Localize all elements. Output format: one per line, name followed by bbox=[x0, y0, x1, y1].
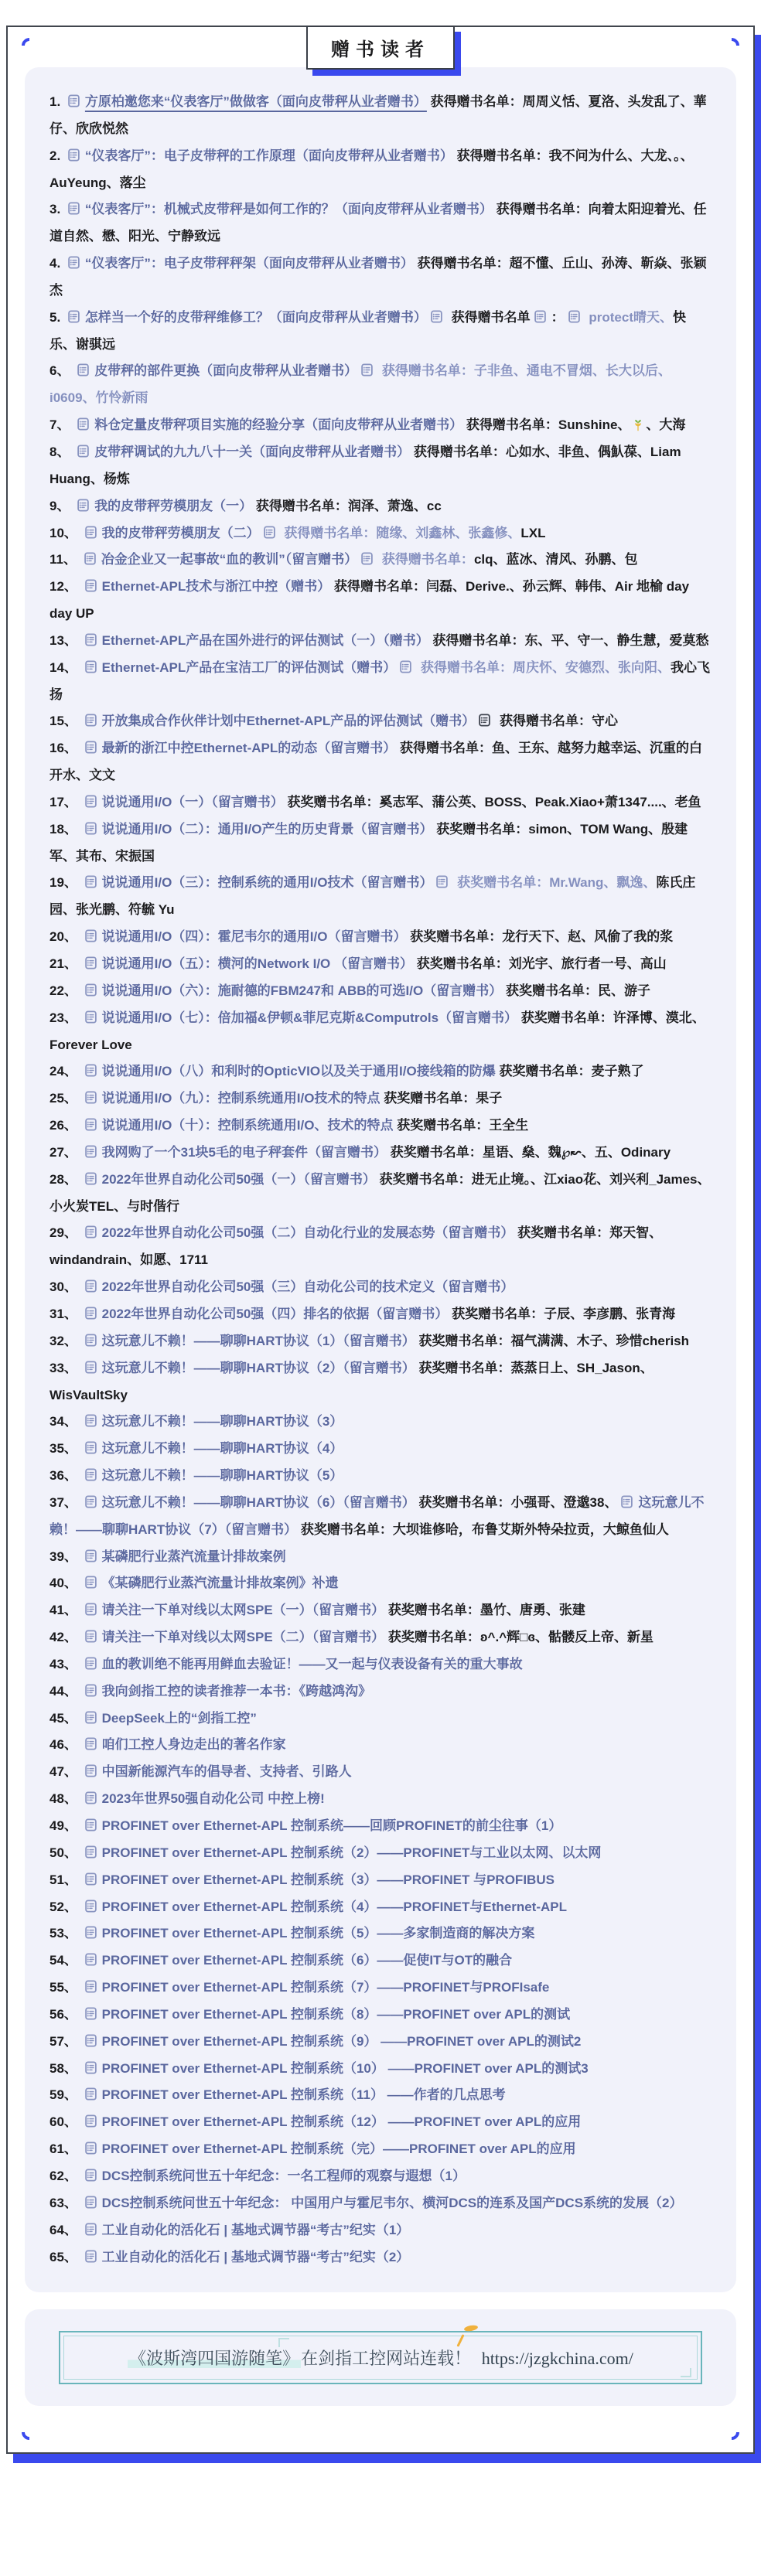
item-number: 19、 bbox=[49, 875, 81, 890]
winners-text: 获奖赠书名单：ʚ^.^辉□ɞ、骷髅反上帝、新星 bbox=[384, 1630, 654, 1644]
item-number: 24、 bbox=[49, 1064, 81, 1078]
winners-text: 获奖赠书名单：小强哥、澄邈38、 bbox=[415, 1495, 618, 1510]
article-link[interactable]: “仪表客厅”：机械式皮带秤是如何工作的？（面向皮带秤从业者赠书） bbox=[85, 202, 493, 216]
winners-text: LXL bbox=[520, 526, 545, 540]
bracket-corner-icon bbox=[681, 2368, 691, 2377]
item-number: 44、 bbox=[49, 1684, 81, 1699]
winners-text: 获得赠书名单：周庆怀、安德烈、张向阳、 bbox=[417, 660, 671, 675]
list-item: 40、 《某磷肥行业蒸汽流量计排故案例》补遗 bbox=[49, 1570, 712, 1597]
article-link[interactable]: 说说通用I/O（二）：通用I/O产生的历史背景（留言赠书） bbox=[102, 822, 433, 837]
document-icon bbox=[77, 445, 89, 458]
list-item: 1. 方原柏邀您来“仪表客厅”做做客（面向皮带秤从业者赠书） 获得赠书名单：周周… bbox=[49, 89, 712, 143]
article-link[interactable]: 最新的浙江中控Ethernet-APL的动态（留言赠书） bbox=[102, 741, 397, 755]
winners-text: 获得赠书名单：随缘、刘鑫林、张鑫修、 bbox=[281, 526, 521, 540]
article-link[interactable]: PROFINET over Ethernet-APL 控制系统（12） ——PR… bbox=[102, 2114, 582, 2129]
winners-text: 获奖赠书名单：墨竹、唐勇、张建 bbox=[384, 1603, 585, 1617]
list-item: 53、 PROFINET over Ethernet-APL 控制系统（5）——… bbox=[49, 1920, 712, 1947]
document-icon bbox=[68, 94, 80, 107]
item-number: 30、 bbox=[49, 1279, 81, 1294]
article-link[interactable]: PROFINET over Ethernet-APL 控制系统（完）——PROF… bbox=[102, 2142, 576, 2156]
article-link[interactable]: 2022年世界自动化公司50强（三）自动化公司的技术定义（留言赠书） bbox=[102, 1279, 514, 1294]
document-icon bbox=[436, 875, 448, 888]
list-item: 12、 Ethernet-APL技术与浙江中控（赠书） 获得赠书名单：闫磊、De… bbox=[49, 574, 712, 628]
winners-text: 获奖赠书名单：大坝谁修哈，布鲁艾斯外特朵拉贡，大鲸鱼仙人 bbox=[297, 1522, 669, 1537]
list-item: 51、 PROFINET over Ethernet-APL 控制系统（3）——… bbox=[49, 1867, 712, 1894]
document-icon bbox=[85, 1307, 97, 1320]
document-icon bbox=[85, 1900, 97, 1913]
article-link[interactable]: PROFINET over Ethernet-APL 控制系统（11） ——作者… bbox=[102, 2087, 506, 2102]
item-number: 48、 bbox=[49, 1791, 81, 1806]
wechat-article-page: 赠书读者 1. 方原柏邀您来“仪表客厅”做做客（面向皮带秤从业者赠书） 获得赠书… bbox=[0, 26, 761, 2479]
list-item: 11、 冶金企业又一起事故“血的教训”（留言赠书） 获得赠书名单：clq、蓝冰、… bbox=[49, 547, 712, 574]
list-item: 36、 这玩意儿不赖！——聊聊HART协议（5） bbox=[49, 1463, 712, 1490]
document-icon bbox=[534, 310, 546, 323]
article-link[interactable]: PROFINET over Ethernet-APL 控制系统（7）——PROF… bbox=[102, 1980, 550, 1995]
article-link[interactable]: 《某磷肥行业蒸汽流量计排故案例》补遗 bbox=[102, 1576, 339, 1590]
item-number: 64、 bbox=[49, 2223, 81, 2237]
document-icon bbox=[85, 795, 97, 808]
winners-text: 、大海 bbox=[646, 417, 685, 432]
list-item: 5. 怎样当一个好的皮带秤维修工？（面向皮带秤从业者赠书） 获得赠书名单： pr… bbox=[49, 305, 712, 359]
item-number: 43、 bbox=[49, 1657, 81, 1671]
item-number: 58、 bbox=[49, 2061, 81, 2076]
article-link[interactable]: 工业自动化的活化石 | 基地式调节器“考古”纪实（1） bbox=[102, 2223, 410, 2237]
document-icon bbox=[85, 1576, 97, 1589]
list-item: 43、 血的教训绝不能再用鲜血去验证！——又一起与仪表设备有关的重大事故 bbox=[49, 1651, 712, 1678]
article-link[interactable]: 2023年世界50强自动化公司 中控上榜! bbox=[102, 1791, 325, 1806]
winners-text: 获奖赠书名单：龙行天下、赵、风偷了我的浆 bbox=[406, 929, 673, 944]
list-item: 33、 这玩意儿不赖！——聊聊HART协议（2）（留言赠书） 获奖赠书名单：蒸蒸… bbox=[49, 1355, 712, 1409]
list-item: 52、 PROFINET over Ethernet-APL 控制系统（4）——… bbox=[49, 1894, 712, 1921]
document-icon bbox=[68, 256, 80, 269]
item-number: 31、 bbox=[49, 1307, 81, 1321]
yellow-accent-icon bbox=[463, 2325, 478, 2332]
document-icon bbox=[85, 1334, 97, 1347]
list-item: 24、 说说通用I/O（八）和利时的OpticVIO以及关于通用I/O接线箱的防… bbox=[49, 1058, 712, 1085]
article-link[interactable]: “仪表客厅”：电子皮带秤的工作原理（面向皮带秤从业者赠书） bbox=[85, 148, 453, 163]
article-link[interactable]: 说说通用I/O（一）（留言赠书） bbox=[102, 795, 284, 809]
list-item: 18、 说说通用I/O（二）：通用I/O产生的历史背景（留言赠书） 获奖赠书名单… bbox=[49, 816, 712, 871]
list-item: 48、 2023年世界50强自动化公司 中控上榜! bbox=[49, 1786, 712, 1813]
document-icon bbox=[85, 2114, 97, 2128]
item-number: 39、 bbox=[49, 1549, 81, 1564]
document-icon bbox=[431, 310, 442, 323]
document-icon bbox=[85, 1791, 97, 1804]
article-link[interactable]: 皮带秤的部件更换（面向皮带秤从业者赠书） bbox=[94, 363, 357, 378]
item-number: 1. bbox=[49, 94, 64, 109]
document-icon bbox=[85, 1172, 97, 1185]
page-title-text: 赠书读者 bbox=[331, 39, 430, 60]
article-link[interactable]: 这玩意儿不赖！——聊聊HART协议（2）（留言赠书） bbox=[102, 1361, 415, 1375]
list-item: 28、 2022年世界自动化公司50强（一）（留言赠书） 获奖赠书名单：进无止境… bbox=[49, 1167, 712, 1221]
document-icon bbox=[68, 148, 80, 162]
list-item: 32、 这玩意儿不赖！——聊聊HART协议（1）（留言赠书） 获奖赠书名单：福气… bbox=[49, 1328, 712, 1355]
list-item: 42、 请关注一下单对线以太网SPE（二）（留言赠书） 获奖赠书名单：ʚ^.^辉… bbox=[49, 1624, 712, 1651]
item-number: 42、 bbox=[49, 1630, 81, 1644]
winners-text: 获奖赠书名单：子辰、李彦鹏、张青海 bbox=[448, 1307, 675, 1321]
article-link[interactable]: 皮带秤调试的九九八十一关（面向皮带秤从业者赠书） bbox=[94, 445, 410, 459]
article-link[interactable]: 咱们工控人身边走出的著名作家 bbox=[102, 1737, 286, 1752]
article-link[interactable]: 这玩意儿不赖！——聊聊HART协议（5） bbox=[102, 1468, 343, 1483]
document-icon bbox=[85, 929, 97, 942]
article-link[interactable]: 怎样当一个好的皮带秤维修工？（面向皮带秤从业者赠书） bbox=[85, 310, 427, 325]
list-item: 63、 DCS控制系统问世五十年纪念： 中国用户与霍尼韦尔、横河DCS的连系及国… bbox=[49, 2190, 712, 2217]
item-number: 28、 bbox=[49, 1172, 81, 1187]
item-number: 36、 bbox=[49, 1468, 81, 1483]
list-item: 4. “仪表客厅”：电子皮带秤秤架（面向皮带秤从业者赠书） 获得赠书名单：超不懂… bbox=[49, 250, 712, 305]
winners-text: 获奖赠书名单：刘光宇、旅行者一号、高山 bbox=[413, 956, 667, 971]
document-icon bbox=[68, 202, 80, 215]
item-number: 49、 bbox=[49, 1818, 81, 1833]
item-number: 9、 bbox=[49, 499, 73, 513]
item-number: 20、 bbox=[49, 929, 81, 944]
list-item: 58、 PROFINET over Ethernet-APL 控制系统（10） … bbox=[49, 2056, 712, 2083]
article-link[interactable]: 这玩意儿不赖！——聊聊HART协议（1）（留言赠书） bbox=[102, 1334, 415, 1348]
document-icon bbox=[85, 1441, 97, 1454]
list-item: 45、 DeepSeek上的“剑指工控” bbox=[49, 1705, 712, 1733]
document-icon bbox=[85, 2250, 97, 2263]
article-link[interactable]: 我向剑指工控的读者推荐一本书：《跨越鸿沟》 bbox=[102, 1684, 372, 1699]
article-link[interactable]: 这玩意儿不赖！——聊聊HART协议（3） bbox=[102, 1414, 343, 1429]
article-link[interactable]: 某磷肥行业蒸汽流量计排故案例 bbox=[102, 1549, 286, 1564]
article-link[interactable]: 开放集成合作伙伴计划中Ethernet-APL产品的评估测试（赠书） bbox=[102, 714, 476, 728]
document-icon bbox=[85, 714, 97, 727]
document-icon bbox=[85, 1872, 97, 1886]
article-link[interactable]: PROFINET over Ethernet-APL 控制系统（5）——多家制造… bbox=[102, 1926, 535, 1941]
document-icon bbox=[361, 552, 373, 565]
item-number: 17、 bbox=[49, 795, 81, 809]
list-item: 64、 工业自动化的活化石 | 基地式调节器“考古”纪实（1） bbox=[49, 2217, 712, 2244]
serial-text: 在剑指工控网站连载！ bbox=[301, 2349, 471, 2368]
list-item: 22、 说说通用I/O（六）：施耐德的FBM247和 ABB的可选I/O（留言赠… bbox=[49, 978, 712, 1005]
article-link[interactable]: 2022年世界自动化公司50强（一）（留言赠书） bbox=[102, 1172, 376, 1187]
winners-text: 获得赠书名单：Sunshine、 bbox=[462, 417, 630, 432]
list-item: 14、 Ethernet-APL产品在宝洁工厂的评估测试（赠书） 获得赠书名单：… bbox=[49, 655, 712, 709]
article-list-card: 1. 方原柏邀您来“仪表客厅”做做客（面向皮带秤从业者赠书） 获得赠书名单：周周… bbox=[25, 67, 736, 2292]
corner-flourish-icon bbox=[721, 35, 742, 56]
list-item: 37、 这玩意儿不赖！——聊聊HART协议（6）（留言赠书） 获奖赠书名单：小强… bbox=[49, 1490, 712, 1544]
item-number: 4. bbox=[49, 256, 64, 271]
document-icon bbox=[85, 1737, 97, 1750]
item-number: 16、 bbox=[49, 741, 81, 755]
item-number: 11、 bbox=[49, 552, 80, 567]
item-number: 32、 bbox=[49, 1334, 81, 1348]
article-link[interactable]: DCS控制系统问世五十年纪念：一名工程师的观察与遐想（1） bbox=[102, 2169, 466, 2183]
document-icon bbox=[621, 1495, 633, 1508]
document-icon bbox=[85, 579, 97, 592]
item-number: 60、 bbox=[49, 2114, 81, 2129]
item-number: 5. bbox=[49, 310, 64, 325]
document-icon bbox=[77, 363, 89, 377]
winners-text: 获奖赠书名单：麦子熟了 bbox=[496, 1064, 644, 1078]
item-number: 62、 bbox=[49, 2169, 81, 2183]
item-number: 12、 bbox=[49, 579, 81, 594]
list-item: 56、 PROFINET over Ethernet-APL 控制系统（8）——… bbox=[49, 2002, 712, 2029]
item-number: 54、 bbox=[49, 1953, 81, 1968]
yellow-accent-icon bbox=[456, 2335, 464, 2348]
item-number: 33、 bbox=[49, 1361, 81, 1375]
document-icon bbox=[85, 822, 97, 835]
serial-banner: 《波斯湾四国游随笔》在剑指工控网站连载！ https://jzgkchina.c… bbox=[59, 2331, 702, 2384]
document-icon bbox=[85, 956, 97, 969]
list-item: 29、 2022年世界自动化公司50强（二）自动化行业的发展态势（留言赠书） 获… bbox=[49, 1220, 712, 1274]
document-icon bbox=[85, 526, 97, 539]
item-number: 45、 bbox=[49, 1711, 81, 1726]
winners-text: 获得赠书名单：守心 bbox=[496, 714, 618, 728]
footer-card: 《波斯湾四国游随笔》在剑指工控网站连载！ https://jzgkchina.c… bbox=[25, 2309, 736, 2406]
item-number: 50、 bbox=[49, 1845, 81, 1860]
article-link[interactable]: “仪表客厅”：电子皮带秤秤架（面向皮带秤从业者赠书） bbox=[85, 256, 414, 271]
list-item: 49、 PROFINET over Ethernet-APL 控制系统——回顾P… bbox=[49, 1813, 712, 1840]
document-icon bbox=[85, 1684, 97, 1697]
document-icon bbox=[85, 1845, 97, 1859]
list-item: 35、 这玩意儿不赖！——聊聊HART协议（4） bbox=[49, 1436, 712, 1463]
document-icon bbox=[85, 741, 97, 754]
article-link[interactable]: Ethernet-APL技术与浙江中控（赠书） bbox=[102, 579, 331, 594]
item-number: 22、 bbox=[49, 983, 81, 998]
document-icon bbox=[77, 417, 89, 431]
list-item: 9、 我的皮带秤劳模朋友（一） 获得赠书名单：润泽、萧逸、cc bbox=[49, 493, 712, 520]
winners-text: ： bbox=[551, 310, 565, 325]
page-title: 赠书读者 bbox=[306, 26, 455, 70]
article-link[interactable]: 这玩意儿不赖！——聊聊HART协议（6）（留言赠书） bbox=[102, 1495, 415, 1510]
document-icon bbox=[85, 1630, 97, 1643]
document-icon bbox=[85, 2169, 97, 2182]
article-link[interactable]: 2022年世界自动化公司50强（四）排名的依据（留言赠书） bbox=[102, 1307, 449, 1321]
item-number: 51、 bbox=[49, 1872, 81, 1887]
document-icon bbox=[85, 875, 97, 888]
item-number: 25、 bbox=[49, 1091, 81, 1106]
document-icon bbox=[85, 1010, 97, 1024]
document-icon bbox=[361, 363, 373, 377]
document-icon bbox=[85, 1818, 97, 1831]
winners-text: clq、蓝冰、清风、孙鹏、包 bbox=[474, 552, 638, 567]
document-icon bbox=[84, 552, 96, 565]
list-item: 41、 请关注一下单对线以太网SPE（一）（留言赠书） 获奖赠书名单：墨竹、唐勇… bbox=[49, 1597, 712, 1624]
article-link[interactable]: 血的教训绝不能再用鲜血去验证！——又一起与仪表设备有关的重大事故 bbox=[102, 1657, 523, 1671]
item-number: 6、 bbox=[49, 363, 73, 378]
item-number: 3. bbox=[49, 202, 64, 216]
list-item: 65、 工业自动化的活化石 | 基地式调节器“考古”纪实（2） bbox=[49, 2244, 712, 2271]
article-link[interactable]: PROFINET over Ethernet-APL 控制系统——回顾PROFI… bbox=[102, 1818, 562, 1833]
list-item: 21、 说说通用I/O（五）：横河的Network I/O （留言赠书） 获奖赠… bbox=[49, 951, 712, 978]
item-number: 23、 bbox=[49, 1010, 81, 1025]
article-link[interactable]: 2022年世界自动化公司50强（二）自动化行业的发展态势（留言赠书） bbox=[102, 1225, 514, 1240]
item-number: 18、 bbox=[49, 822, 81, 837]
article-link[interactable]: PROFINET over Ethernet-APL 控制系统（8）——PROF… bbox=[102, 2007, 570, 2022]
winners-text: 获得赠书名单： bbox=[378, 552, 474, 567]
document-icon bbox=[85, 2142, 97, 2155]
article-link[interactable]: Ethernet-APL产品在宝洁工厂的评估测试（赠书） bbox=[102, 660, 397, 675]
document-icon bbox=[85, 2007, 97, 2020]
document-icon bbox=[85, 1279, 97, 1293]
list-item: 2. “仪表客厅”：电子皮带秤的工作原理（面向皮带秤从业者赠书） 获得赠书名单：… bbox=[49, 143, 712, 197]
list-item: 23、 说说通用I/O（七）：倍加福&伊顿&菲尼克斯&Computrols（留言… bbox=[49, 1005, 712, 1059]
document-icon bbox=[479, 714, 490, 727]
list-item: 44、 我向剑指工控的读者推荐一本书：《跨越鸿沟》 bbox=[49, 1678, 712, 1705]
document-icon bbox=[85, 633, 97, 646]
document-icon bbox=[85, 1064, 97, 1077]
winners-text: 获得赠书名单 bbox=[448, 310, 531, 325]
document-icon bbox=[85, 660, 97, 673]
item-number: 47、 bbox=[49, 1764, 81, 1779]
item-number: 35、 bbox=[49, 1441, 81, 1456]
document-icon bbox=[85, 1225, 97, 1239]
article-link[interactable]: 说说通用I/O（四）：霍尼韦尔的通用I/O（留言赠书） bbox=[102, 929, 407, 944]
list-item: 19、 说说通用I/O（三）：控制系统的通用I/O技术（留言赠书） 获奖赠书名单… bbox=[49, 870, 712, 924]
article-link[interactable]: 方原柏邀您来“仪表客厅”做做客（面向皮带秤从业者赠书） bbox=[85, 94, 427, 109]
item-number: 14、 bbox=[49, 660, 81, 675]
article-link[interactable]: 工业自动化的活化石 | 基地式调节器“考古”纪实（2） bbox=[102, 2250, 410, 2264]
item-number: 40、 bbox=[49, 1576, 81, 1590]
item-number: 52、 bbox=[49, 1900, 81, 1914]
article-list: 1. 方原柏邀您来“仪表客厅”做做客（面向皮带秤从业者赠书） 获得赠书名单：周周… bbox=[49, 89, 712, 2271]
item-number: 37、 bbox=[49, 1495, 81, 1510]
item-number: 26、 bbox=[49, 1118, 81, 1133]
document-icon bbox=[568, 310, 580, 323]
winners-text: 获奖赠书名单：果子 bbox=[380, 1091, 502, 1106]
list-item: 61、 PROFINET over Ethernet-APL 控制系统（完）——… bbox=[49, 2136, 712, 2163]
article-link[interactable]: 我的皮带秤劳模朋友（一） bbox=[94, 499, 252, 513]
item-number: 29、 bbox=[49, 1225, 81, 1240]
list-item: 59、 PROFINET over Ethernet-APL 控制系统（11） … bbox=[49, 2082, 712, 2109]
item-number: 8、 bbox=[49, 445, 73, 459]
document-icon bbox=[85, 1980, 97, 1993]
article-link[interactable]: PROFINET over Ethernet-APL 控制系统（9） ——PRO… bbox=[102, 2034, 582, 2049]
document-icon bbox=[85, 2223, 97, 2236]
item-number: 59、 bbox=[49, 2087, 81, 2102]
winners-text: 获奖赠书名单：星语、燊、魏℘↜、五、Odinary bbox=[387, 1145, 671, 1160]
list-item: 60、 PROFINET over Ethernet-APL 控制系统（12） … bbox=[49, 2109, 712, 2136]
list-item: 8、 皮带秤调试的九九八十一关（面向皮带秤从业者赠书） 获得赠书名单：心如水、非… bbox=[49, 439, 712, 493]
article-link[interactable]: 这玩意儿不赖！——聊聊HART协议（4） bbox=[102, 1441, 343, 1456]
document-icon bbox=[400, 660, 411, 673]
document-icon bbox=[85, 1657, 97, 1670]
list-item: 25、 说说通用I/O（九）：控制系统通用I/O技术的特点 获奖赠书名单：果子 bbox=[49, 1085, 712, 1113]
article-link[interactable]: PROFINET over Ethernet-APL 控制系统（2）——PROF… bbox=[102, 1845, 602, 1860]
list-item: 20、 说说通用I/O（四）：霍尼韦尔的通用I/O（留言赠书） 获奖赠书名单：龙… bbox=[49, 924, 712, 951]
list-item: 55、 PROFINET over Ethernet-APL 控制系统（7）——… bbox=[49, 1975, 712, 2002]
item-number: 61、 bbox=[49, 2142, 81, 2156]
article-link[interactable]: 请关注一下单对线以太网SPE（一）（留言赠书） bbox=[102, 1603, 385, 1617]
item-number: 56、 bbox=[49, 2007, 81, 2022]
document-icon bbox=[85, 2196, 97, 2209]
item-number: 65、 bbox=[49, 2250, 81, 2264]
item-number: 34、 bbox=[49, 1414, 81, 1429]
article-link[interactable]: Ethernet-APL产品在国外进行的评估测试（一）（赠书） bbox=[102, 633, 429, 648]
article-link[interactable]: 说说通用I/O（八）和利时的OpticVIO以及关于通用I/O接线箱的防爆 bbox=[102, 1064, 496, 1078]
list-item: 17、 说说通用I/O（一）（留言赠书） 获奖赠书名单：奚志军、蒲公英、BOSS… bbox=[49, 789, 712, 816]
winners-text: 获奖赠书名单：民、游子 bbox=[502, 983, 650, 998]
list-item: 31、 2022年世界自动化公司50强（四）排名的依据（留言赠书） 获奖赠书名单… bbox=[49, 1301, 712, 1328]
article-link[interactable]: PROFINET over Ethernet-APL 控制系统（4）——PROF… bbox=[102, 1900, 567, 1914]
article-link[interactable]: PROFINET over Ethernet-APL 控制系统（6）——促使IT… bbox=[102, 1953, 513, 1968]
item-number: 63、 bbox=[49, 2196, 81, 2210]
winners-text: 获奖赠书名单：福气满满、木子、珍惜cherish bbox=[415, 1334, 689, 1348]
item-number: 2. bbox=[49, 148, 64, 163]
list-item: 27、 我网购了一个31块5毛的电子秤套件（留言赠书） 获奖赠书名单：星语、燊、… bbox=[49, 1140, 712, 1167]
list-item: 62、 DCS控制系统问世五十年纪念：一名工程师的观察与遐想（1） bbox=[49, 2163, 712, 2190]
winners-text: 获得赠书名单：润泽、萧逸、cc bbox=[252, 499, 442, 513]
article-link[interactable]: 说说通用I/O（五）：横河的Network I/O （留言赠书） bbox=[102, 956, 413, 971]
article-link[interactable]: 我的皮带秤劳模朋友（二） bbox=[102, 526, 260, 540]
website-link[interactable]: https://jzgkchina.com/ bbox=[482, 2349, 633, 2368]
article-link[interactable]: 说说通用I/O（三）：控制系统的通用I/O技术（留言赠书） bbox=[102, 875, 433, 890]
article-link[interactable]: 请关注一下单对线以太网SPE（二）（留言赠书） bbox=[102, 1630, 385, 1644]
list-item: 47、 中国新能源汽车的倡导者、支持者、引路人 bbox=[49, 1759, 712, 1786]
article-link[interactable]: 料仓定量皮带秤项目实施的经验分享（面向皮带秤从业者赠书） bbox=[94, 417, 462, 432]
article-link[interactable]: 我网购了一个31块5毛的电子秤套件（留言赠书） bbox=[102, 1145, 387, 1160]
winners-text: 获奖赠书名单：Mr.Wang、飘逸、 bbox=[453, 875, 656, 890]
item-number: 7、 bbox=[49, 417, 73, 432]
document-icon bbox=[85, 2061, 97, 2074]
document-icon bbox=[77, 499, 89, 512]
item-number: 21、 bbox=[49, 956, 81, 971]
article-link[interactable]: PROFINET over Ethernet-APL 控制系统（3）——PROF… bbox=[102, 1872, 555, 1887]
list-item: 10、 我的皮带秤劳模朋友（二） 获得赠书名单：随缘、刘鑫林、张鑫修、LXL bbox=[49, 520, 712, 547]
book-title: 《波斯湾四国游随笔》 bbox=[128, 2349, 301, 2368]
winners-text: 获得赠书名单：东、平、守一、静生慧，爱莫愁 bbox=[429, 633, 709, 648]
winners-text: protect晴天、 bbox=[585, 310, 673, 325]
item-number: 10、 bbox=[49, 526, 81, 540]
article-link[interactable]: 冶金企业又一起事故“血的教训”（留言赠书） bbox=[101, 552, 358, 567]
list-item: 46、 咱们工控人身边走出的著名作家 bbox=[49, 1732, 712, 1759]
document-icon bbox=[85, 983, 97, 997]
article-link[interactable]: 说说通用I/O（六）：施耐德的FBM247和 ABB的可选I/O（留言赠书） bbox=[102, 983, 503, 998]
list-item: 3. “仪表客厅”：机械式皮带秤是如何工作的？（面向皮带秤从业者赠书） 获得赠书… bbox=[49, 196, 712, 250]
list-item: 30、 2022年世界自动化公司50强（三）自动化公司的技术定义（留言赠书） bbox=[49, 1274, 712, 1301]
document-icon bbox=[85, 1414, 97, 1427]
list-item: 50、 PROFINET over Ethernet-APL 控制系统（2）——… bbox=[49, 1840, 712, 1867]
document-icon bbox=[85, 1603, 97, 1616]
document-icon bbox=[85, 1926, 97, 1939]
document-icon bbox=[85, 1549, 97, 1562]
list-item: 16、 最新的浙江中控Ethernet-APL的动态（留言赠书） 获得赠书名单：… bbox=[49, 735, 712, 789]
wheat-icon bbox=[632, 419, 644, 431]
list-item: 15、 开放集成合作伙伴计划中Ethernet-APL产品的评估测试（赠书） 获… bbox=[49, 708, 712, 735]
article-link[interactable]: DeepSeek上的“剑指工控” bbox=[102, 1711, 257, 1726]
list-item: 6、 皮带秤的部件更换（面向皮带秤从业者赠书） 获得赠书名单：子非鱼、通电不冒烟… bbox=[49, 358, 712, 412]
item-number: 27、 bbox=[49, 1145, 81, 1160]
content-frame: 1. 方原柏邀您来“仪表客厅”做做客（面向皮带秤从业者赠书） 获得赠书名单：周周… bbox=[6, 26, 755, 2454]
document-icon bbox=[85, 1118, 97, 1131]
list-item: 39、 某磷肥行业蒸汽流量计排故案例 bbox=[49, 1544, 712, 1571]
article-link[interactable]: 中国新能源汽车的倡导者、支持者、引路人 bbox=[102, 1764, 352, 1779]
list-item: 54、 PROFINET over Ethernet-APL 控制系统（6）——… bbox=[49, 1947, 712, 1975]
article-link[interactable]: 说说通用I/O（七）：倍加福&伊顿&菲尼克斯&Computrols（留言赠书） bbox=[102, 1010, 517, 1025]
item-number: 53、 bbox=[49, 1926, 81, 1941]
document-icon bbox=[85, 1711, 97, 1724]
article-link[interactable]: 说说通用I/O（九）：控制系统通用I/O技术的特点 bbox=[102, 1091, 380, 1106]
winners-text: 获奖赠书名单：王全生 bbox=[393, 1118, 528, 1133]
item-number: 46、 bbox=[49, 1737, 81, 1752]
winners-text: 获奖赠书名单：奚志军、蒲公英、BOSS、Peak.Xiao+萧1347....、… bbox=[284, 795, 701, 809]
document-icon bbox=[85, 1361, 97, 1374]
list-item: 26、 说说通用I/O（十）：控制系统通用I/O、技术的特点 获奖赠书名单：王全… bbox=[49, 1113, 712, 1140]
corner-flourish-icon bbox=[19, 2421, 40, 2443]
document-icon bbox=[85, 1953, 97, 1966]
document-icon bbox=[85, 2034, 97, 2047]
document-icon bbox=[85, 1764, 97, 1777]
document-icon bbox=[85, 1091, 97, 1104]
item-number: 55、 bbox=[49, 1980, 81, 1995]
article-link[interactable]: DCS控制系统问世五十年纪念： 中国用户与霍尼韦尔、横河DCS的连系及国产DCS… bbox=[102, 2196, 683, 2210]
item-number: 15、 bbox=[49, 714, 81, 728]
list-item: 34、 这玩意儿不赖！——聊聊HART协议（3） bbox=[49, 1409, 712, 1436]
list-item: 13、 Ethernet-APL产品在国外进行的评估测试（一）（赠书） 获得赠书… bbox=[49, 628, 712, 655]
article-link[interactable]: PROFINET over Ethernet-APL 控制系统（10） ——PR… bbox=[102, 2061, 589, 2076]
article-link[interactable]: 说说通用I/O（十）：控制系统通用I/O、技术的特点 bbox=[102, 1118, 394, 1133]
